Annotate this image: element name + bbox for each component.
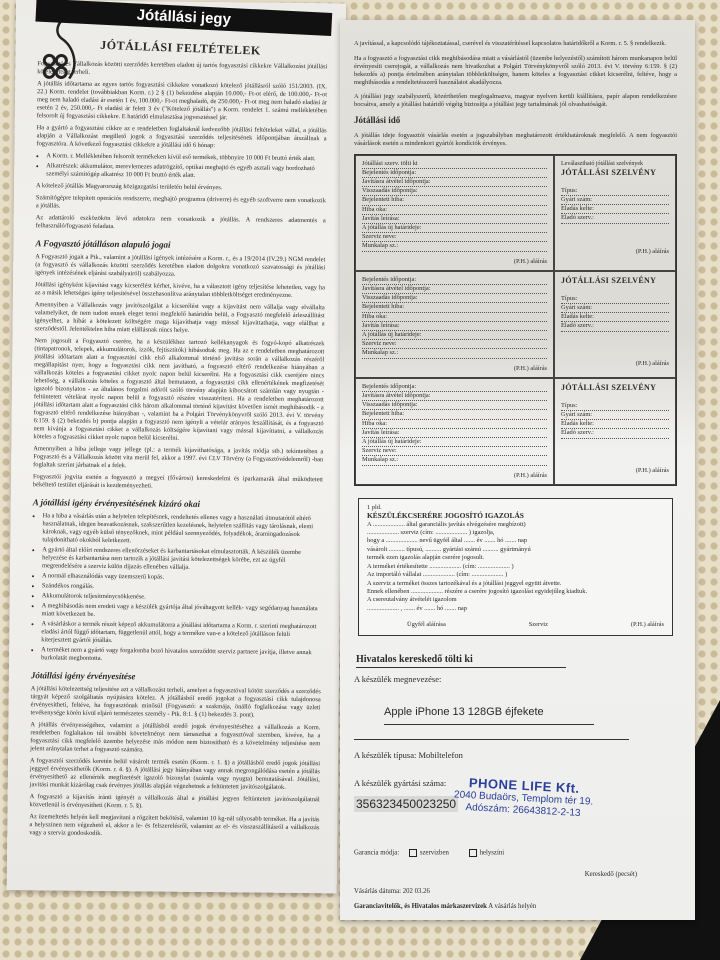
footer-bold: Garanciavitelők, és Hivatalos márkaszerv…: [354, 903, 487, 910]
software-text: Számítógépre telepített operációs rendsz…: [36, 194, 326, 213]
field-label: Bejelentett hiba:: [362, 303, 547, 312]
service-fill-cell: Jótállási szerv. tölti ki Bejelentés idő…: [355, 155, 554, 271]
field-label: Javítás leírása:: [362, 322, 547, 331]
enforce-para: Az üzemeltetés helyén kell megjavítani a…: [29, 813, 319, 840]
info-para: Ha a fogyasztó a fogyasztási cikk meghib…: [354, 55, 677, 87]
field-label: Szerviz neve:: [362, 447, 547, 456]
stamp-signature-label: (P.H.) aláírás: [631, 621, 664, 629]
period-text: A jótállás ideje fogyasztói vásárlás ese…: [354, 132, 677, 148]
list-item: A vásárláskor a termék részét képező akk…: [41, 620, 321, 647]
field-label: Gyári szám:: [561, 304, 669, 313]
option-service: szervizben: [420, 849, 449, 856]
warranty-coupons: Jótállási szerv. tölti ki Bejelentés idő…: [354, 154, 677, 486]
client-signature-label: Ügyfél aláírása: [407, 621, 446, 629]
right-page: A javítással, a kapcsolódó tájékoztatáss…: [340, 20, 695, 920]
signature-label: (P.H.) aláírás: [362, 472, 547, 480]
field-label: Javításra átvétel időpontja:: [362, 178, 547, 187]
divider: [354, 739, 629, 740]
stub-title: JÓTÁLLÁSI SZELVÉNY: [561, 383, 669, 392]
intro-para: A jótállás időtartama az egyes tartós fo…: [37, 80, 327, 123]
field-label: Javításra átvétel időpontja:: [362, 392, 547, 401]
enforce-para: A fogyasztói szerződés keretén belül vás…: [30, 757, 320, 792]
option-onsite: helyszíni: [480, 849, 505, 856]
field-label: Visszaadás időpontja:: [362, 294, 547, 303]
service-fill-cell: Bejelentés időpontja: Javításra átvétel …: [355, 378, 554, 485]
cert-line: termék ezen igazolás alapján cserére jog…: [367, 554, 664, 562]
field-label: Hiba oka:: [362, 206, 547, 215]
field-label: Javítás leírása:: [362, 429, 547, 438]
left-page: Jótállási jegy JÓTÁLLÁSI FELTÉTELEK Fogy…: [7, 0, 346, 893]
field-label: Típus:: [561, 187, 669, 196]
rights-para: A Fogyasztó jogait a Ptk., valamint a jó…: [35, 253, 325, 280]
dealer-title: Hivatalos kereskedő tölti ki: [356, 654, 566, 668]
list-item: A normál elhasználódás vagy üzemszerű ko…: [42, 572, 322, 583]
list-item: Alkatrészek: akkumulátor, merevlemezes a…: [46, 162, 326, 181]
coupon-stub: Leválasztható jótállási szelvények JÓTÁL…: [554, 155, 676, 271]
field-label: Bejelentett hiba:: [362, 410, 547, 419]
list-item: Szándékos rongálás.: [42, 582, 322, 593]
signature-label: (P.H.) aláírás: [561, 248, 669, 256]
dealer-stamp: PHONE LIFE Kft. 2040 Budaörs, Templom té…: [453, 774, 594, 820]
checkbox-onsite-icon[interactable]: [469, 849, 477, 857]
rights-title: A Fogyasztó jótálláson alapuló jogai: [35, 238, 325, 251]
field-label: A jótállás új határideje:: [362, 438, 547, 447]
device-type: A készülék típusa: Mobiltelefon: [354, 750, 677, 760]
warranty-mode-label: Garancia módja:: [354, 849, 399, 856]
field-label: Munkalap sz.:: [362, 349, 547, 358]
field-label: Bejelentés időpontja:: [362, 383, 547, 392]
signature-label: (P.H.) aláírás: [561, 360, 669, 368]
cert-line: hogy a .................... nevű ügyfél …: [367, 537, 664, 545]
enforce-para: A jótállási kötelezettség teljesítése az…: [30, 685, 320, 720]
cell-header: Jótállási szerv. tölti ki: [362, 160, 547, 169]
field-label: Eladás kelte:: [561, 420, 669, 429]
rights-para: Amennyiben a Vállalkozás vagy javítószol…: [35, 301, 325, 336]
checkbox-service-icon[interactable]: [409, 849, 417, 857]
cert-line: Az importáló vállalat ..................…: [367, 571, 664, 579]
rights-para: Nem jogosult a Fogyasztó cserére, ha a k…: [33, 337, 324, 444]
field-label: Visszaadás időpontja:: [362, 401, 547, 410]
list-item: A terméket nem a gyártó vagy forgalomba …: [41, 646, 321, 665]
signature-label: (P.H.) aláírás: [561, 467, 669, 475]
field-label: Szerviz neve:: [362, 233, 547, 242]
cert-line: .................... , ....... év ......…: [367, 605, 664, 613]
rights-para: Amennyiben a hiba jellege vagy jellege (…: [33, 445, 323, 472]
field-label: A jótállás új határideje:: [362, 224, 547, 233]
info-para: A jótállási jegy szabályszerű, közérthet…: [354, 93, 677, 109]
cert-line: .................... szerviz (cím: .....…: [367, 529, 664, 537]
field-label: Visszaadás időpontja:: [362, 187, 547, 196]
warranty-mode: Garancia módja: szervizben helyszíni: [354, 849, 677, 857]
field-label: Szerviz neve:: [362, 340, 547, 349]
field-label: Eladó szerv.:: [561, 429, 669, 438]
enforce-title: Jótállási igény érvényesítése: [31, 670, 321, 683]
cert-line: A .................... által garanciális…: [367, 521, 664, 529]
coupon-stub: JÓTÁLLÁSI SZELVÉNY Típus: Gyári szám: El…: [554, 378, 676, 485]
field-label: Bejelentés időpontja:: [362, 169, 547, 178]
field-label: Eladó szerv.:: [561, 214, 669, 223]
dealer-stamp-label: Kereskedő (pecsét): [354, 871, 637, 878]
field-label: Munkalap sz.:: [362, 456, 547, 465]
list-item: Ha a hiba a vásárlás után a helytelen te…: [42, 512, 322, 547]
stub-title: JÓTÁLLÁSI SZELVÉNY: [561, 168, 669, 177]
rights-para: Jótállási igényként kijavítást vagy kics…: [35, 281, 325, 300]
field-label: Eladás kelte:: [561, 205, 669, 214]
field-label: A jótállás új határideje:: [362, 331, 547, 340]
cert-line: A csereutalvány átvételét igazolom: [367, 596, 664, 604]
rights-para: Fogyasztói jogvita esetén a fogyasztó a …: [33, 473, 323, 492]
exclusions-title: A jótállási igény érvényesítésének kizár…: [33, 497, 323, 510]
field-label: Bejelentett hiba:: [362, 196, 547, 205]
field-label: Típus:: [561, 295, 669, 304]
list-item: A gyártó által előírt rendszeres ellenőr…: [42, 546, 322, 573]
six-month-list: A Korm. r. Mellékletében felsorolt termé…: [36, 152, 326, 181]
field-label: Gyári szám:: [561, 411, 669, 420]
list-item: A Korm. r. Mellékletében felsorolt termé…: [46, 152, 326, 163]
field-label: Hiba oka:: [362, 420, 547, 429]
footer-rest: A vásárlás helyén: [487, 903, 536, 910]
territory-text: A kötelező jótállás Magyarország közigaz…: [36, 182, 326, 193]
service-label: Szerviz: [529, 621, 548, 629]
cert-line: vásárolt .......... típusú, .......... g…: [367, 546, 664, 554]
field-label: Javítás leírása:: [362, 215, 547, 224]
field-label: Eladás kelte:: [561, 313, 669, 322]
enforce-para: A jótállás érvényességéhez, valamint a j…: [30, 721, 320, 756]
intro-para: Ha a gyártó a fogyasztási cikkre az e re…: [36, 124, 326, 151]
field-label: Eladó szerv.:: [561, 322, 669, 331]
cert-line: A szerviz a terméket összes tartozékával…: [367, 580, 664, 588]
period-title: Jótállási idő: [354, 115, 677, 125]
device-name-value: Apple iPhone 13 128GB éjfekete: [384, 706, 594, 725]
field-label: Hiba oka:: [362, 313, 547, 322]
stub-title: JÓTÁLLÁSI SZELVÉNY: [561, 276, 669, 285]
signature-label: (P.H.) aláírás: [362, 258, 547, 266]
footer-line: Garanciavitelők, és Hivatalos márkaszerv…: [354, 903, 677, 910]
signature-label: (P.H.) aláírás: [362, 365, 547, 373]
field-label: Típus:: [561, 402, 669, 411]
field-label: Munkalap sz.:: [362, 242, 547, 251]
field-label: Bejelentés időpontja:: [362, 276, 547, 285]
detach-note: Leválasztható jótállási szelvények: [561, 160, 669, 168]
exclusions-list: Ha a hiba a vásárlás után a helytelen te…: [31, 512, 323, 665]
info-para: A javítással, a kapcsolódó tájékoztatáss…: [354, 40, 677, 48]
coupon-stub: JÓTÁLLÁSI SZELVÉNY Típus: Gyári szám: El…: [554, 271, 676, 378]
serial-number: 356323450023250: [354, 796, 458, 812]
replacement-certificate: 1 pld. KÉSZÜLÉKCSERÉRE JOGOSÍTÓ IGAZOLÁS…: [358, 498, 673, 636]
data-text: Az adattároló eszközökön lévő adatokra n…: [36, 214, 326, 233]
list-item: Akkumulátorok teljesítménycsökkenése.: [42, 592, 322, 603]
device-name-label: A készülék megnevezése:: [354, 674, 677, 684]
enforce-para: A fogyasztó a kijavítás iránti igényét a…: [30, 793, 320, 812]
field-label: Javításra átvétel időpontja:: [362, 285, 547, 294]
service-fill-cell: Bejelentés időpontja: Javításra átvétel …: [355, 271, 554, 378]
cert-line: A terméket értékesítette ...............…: [367, 563, 664, 571]
cert-line: Ennek ellenében .................... rés…: [367, 588, 664, 596]
list-item: A meghibásodás nem eredeti vagy a készül…: [42, 602, 322, 621]
field-label: Gyári szám:: [561, 196, 669, 205]
purchase-date: Vásárlás dátuma: 202 03.26: [354, 888, 677, 895]
cert-title: KÉSZÜLÉKCSERÉRE JOGOSÍTÓ IGAZOLÁS: [367, 512, 664, 520]
